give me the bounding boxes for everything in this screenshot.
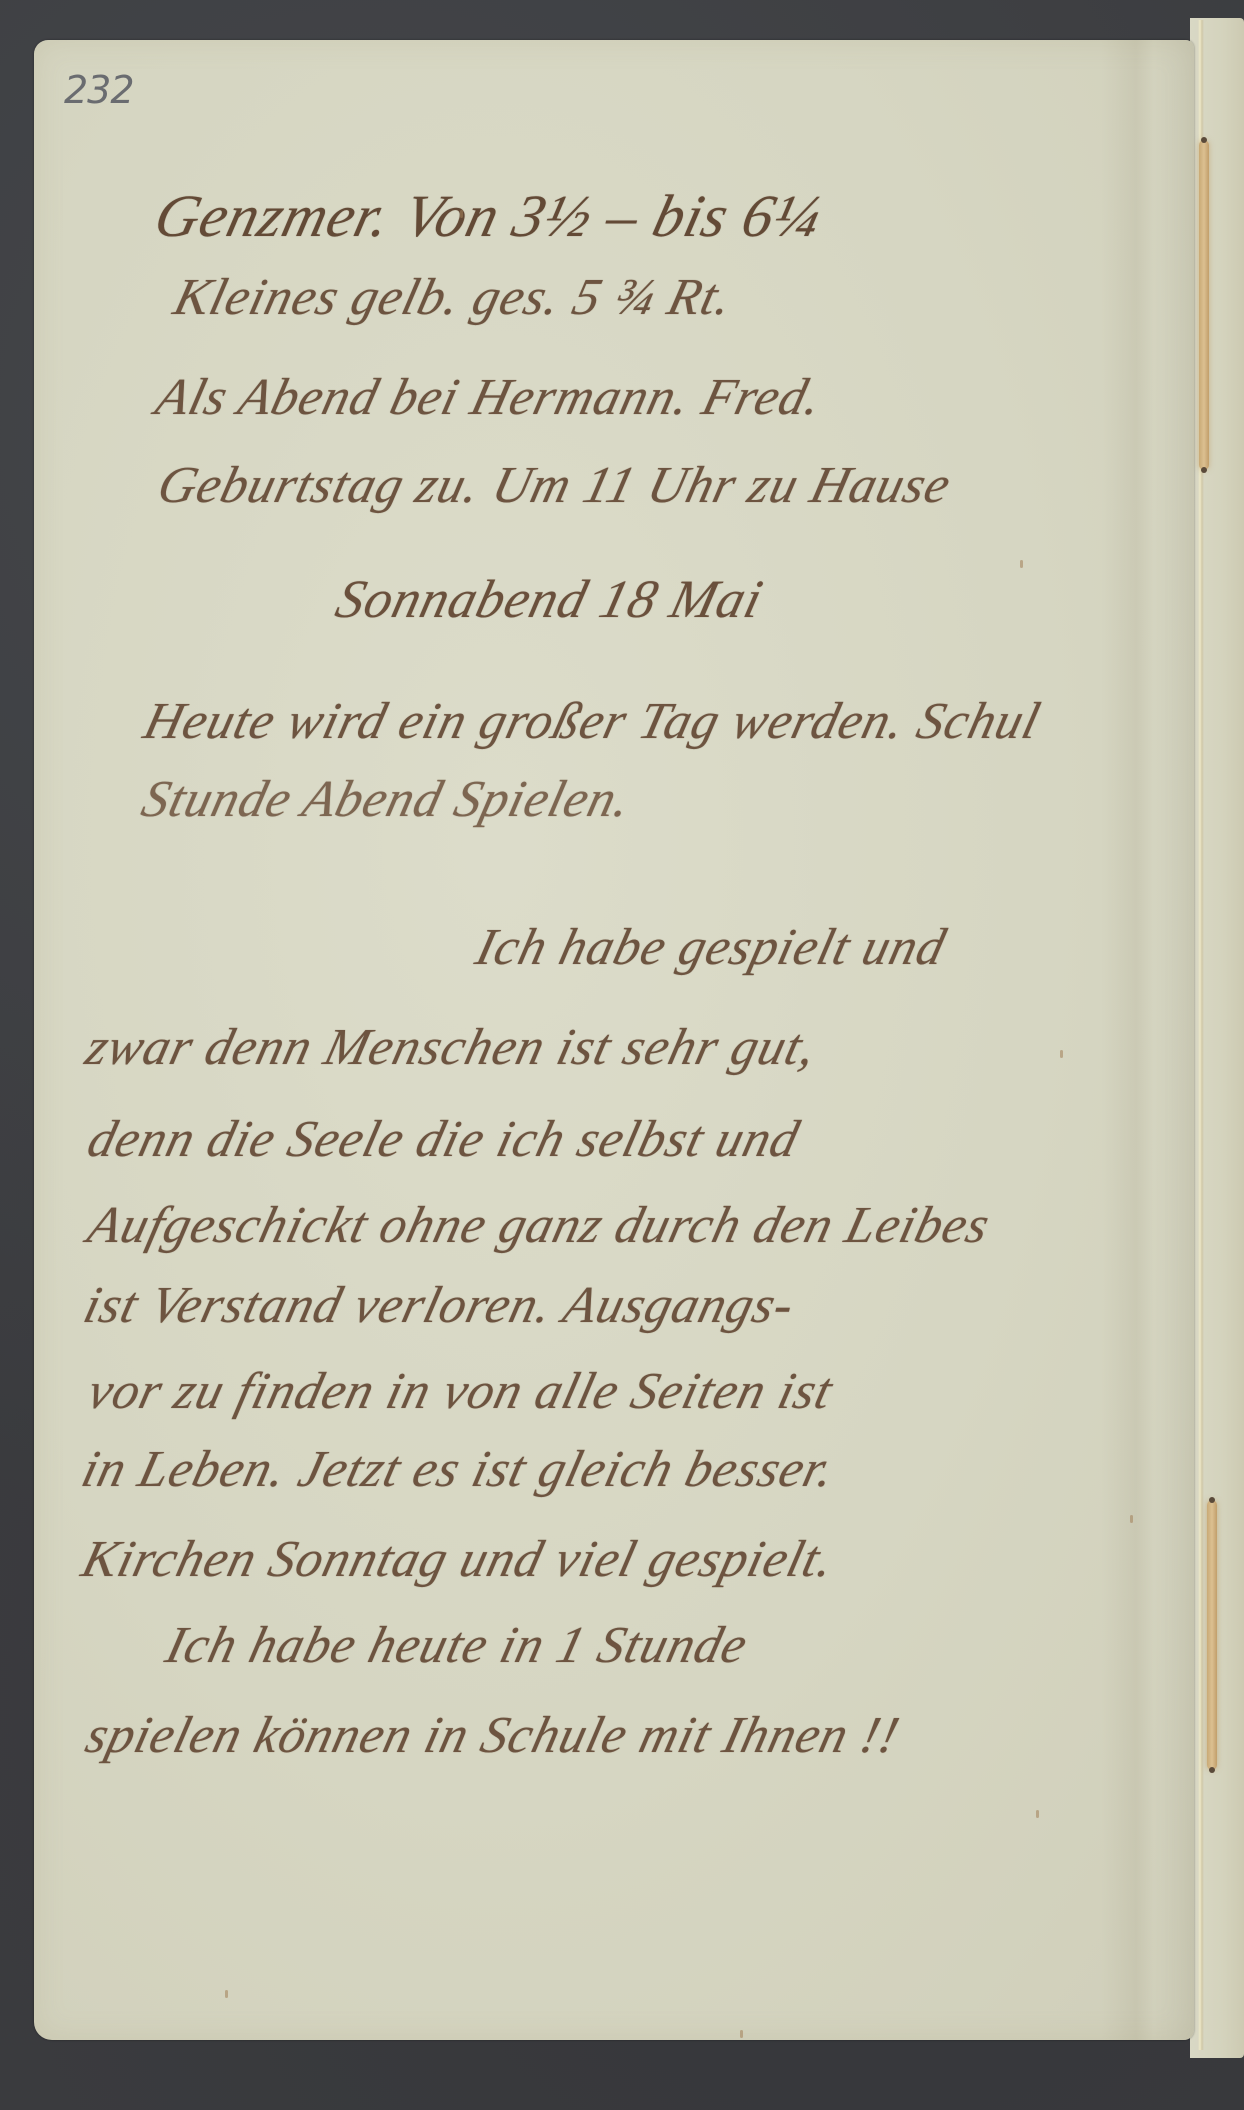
manuscript-line: Heute wird ein großer Tag werden. Schul (138, 692, 1046, 751)
paper-fleck (1036, 1810, 1039, 1818)
paper-fleck (225, 1990, 228, 1998)
binding-stitch-upper (1199, 140, 1209, 470)
manuscript-line: denn die Seele die ich selbst und (82, 1110, 806, 1169)
manuscript-line: vor zu finden in von alle Seiten ist (82, 1362, 839, 1421)
binding-stitch-lower (1207, 1500, 1217, 1770)
manuscript-line: Kirchen Sonntag und viel gespielt. (76, 1530, 841, 1589)
manuscript-line: Kleines gelb. ges. 5 ¾ Rt. (168, 268, 739, 327)
date-heading: Sonnabend 18 Mai (330, 568, 769, 630)
manuscript-line: in Leben. Jetzt es ist gleich besser. (76, 1440, 841, 1499)
folio-number: 232 (64, 68, 134, 112)
paper-fleck (740, 2030, 743, 2038)
manuscript-line: Genzmer. Von 3½ – bis 6¼ (148, 182, 829, 251)
manuscript-line: Geburtstag zu. Um 11 Uhr zu Hause (152, 456, 957, 515)
manuscript-line: spielen können in Schule mit Ihnen !! (80, 1706, 906, 1765)
manuscript-line: Ich habe gespielt und (470, 918, 952, 977)
paper-fleck (1130, 1515, 1133, 1523)
manuscript-line: Als Abend bei Hermann. Fred. (150, 368, 828, 427)
paper-fleck (460, 210, 463, 218)
manuscript-line: Aufgeschickt ohne ganz durch den Leibes (82, 1196, 996, 1255)
manuscript-line: ist Verstand verloren. Ausgangs- (78, 1276, 801, 1335)
paper-fleck (1060, 1050, 1063, 1058)
manuscript-line: Stunde Abend Spielen. (136, 770, 637, 829)
manuscript-line: Ich habe heute in 1 Stunde (160, 1616, 754, 1675)
paper-fleck (1020, 560, 1023, 568)
manuscript-line: zwar denn Menschen ist sehr gut, (80, 1018, 823, 1077)
